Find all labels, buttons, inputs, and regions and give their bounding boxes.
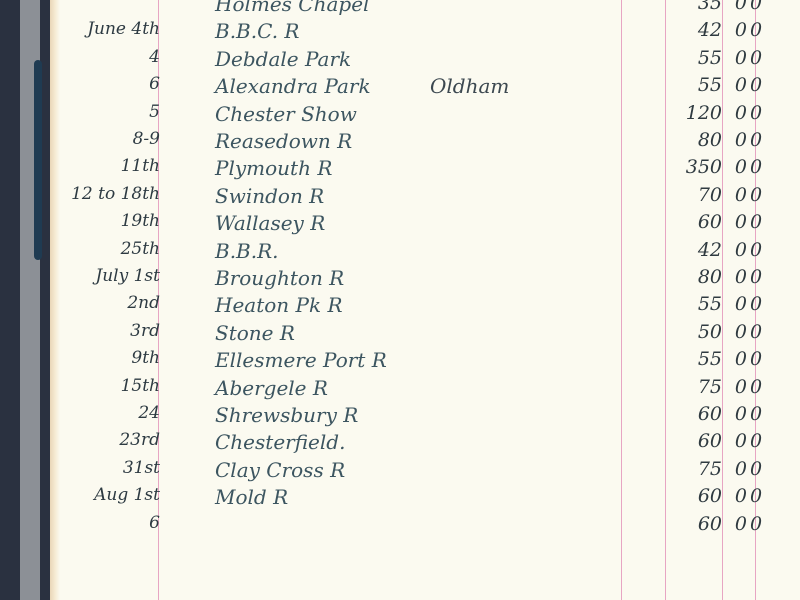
entry-date: Aug 1st bbox=[70, 485, 160, 505]
entry-place: Shrewsbury R bbox=[215, 403, 435, 427]
entry-amount-pence: 00 bbox=[728, 19, 772, 41]
entry-date: 25th bbox=[70, 239, 160, 259]
entry-place: Ellesmere Port R bbox=[215, 348, 435, 372]
ledger-row: 24Shrewsbury R6000 bbox=[0, 403, 800, 430]
ledger-row: 66000 bbox=[0, 513, 800, 540]
entry-date: 24 bbox=[70, 403, 160, 423]
entry-amount-pence: 00 bbox=[728, 184, 772, 206]
entry-date: 19th bbox=[70, 211, 160, 231]
ledger-row: Aug 1stMold R6000 bbox=[0, 485, 800, 512]
ledger-row: Holmes Chapel3500 bbox=[0, 0, 800, 19]
entry-amount-pounds: 35 bbox=[660, 0, 722, 14]
ledger-row: July 1stBroughton R8000 bbox=[0, 266, 800, 293]
ledger-row: 11thPlymouth R35000 bbox=[0, 156, 800, 183]
entry-place: Broughton R bbox=[215, 266, 435, 290]
entry-date: 12 to 18th bbox=[70, 184, 160, 204]
ledger-row: 31stClay Cross R7500 bbox=[0, 458, 800, 485]
entry-date: July 1st bbox=[70, 266, 160, 286]
entry-amount-pounds: 50 bbox=[660, 321, 722, 343]
entry-date: 15th bbox=[70, 376, 160, 396]
entry-amount-pence: 00 bbox=[728, 376, 772, 398]
entry-amount-pounds: 75 bbox=[660, 376, 722, 398]
entry-place: B.B.C. R bbox=[215, 19, 435, 43]
ledger-row: 8-9Reasedown R8000 bbox=[0, 129, 800, 156]
entry-amount-pounds: 70 bbox=[660, 184, 722, 206]
entry-date: 11th bbox=[70, 156, 160, 176]
entry-amount-pounds: 75 bbox=[660, 458, 722, 480]
entry-amount-pounds: 80 bbox=[660, 129, 722, 151]
entry-place: Alexandra Park bbox=[215, 74, 435, 98]
ledger-row: June 4thB.B.C. R4200 bbox=[0, 19, 800, 46]
entry-place: Holmes Chapel bbox=[215, 0, 435, 16]
ledger-row: 25thB.B.R.4200 bbox=[0, 239, 800, 266]
entry-note: Oldham bbox=[430, 74, 570, 98]
entry-place: Reasedown R bbox=[215, 129, 435, 153]
entry-place: Debdale Park bbox=[215, 47, 435, 71]
entry-place: Chester Show bbox=[215, 102, 435, 126]
entry-amount-pounds: 60 bbox=[660, 211, 722, 233]
entry-date: 31st bbox=[70, 458, 160, 478]
ledger-entries: Holmes Chapel3500June 4thB.B.C. R42004De… bbox=[0, 0, 800, 600]
entry-amount-pence: 00 bbox=[728, 513, 772, 535]
entry-amount-pounds: 350 bbox=[660, 156, 722, 178]
entry-amount-pounds: 42 bbox=[660, 239, 722, 261]
entry-amount-pounds: 120 bbox=[660, 102, 722, 124]
entry-amount-pence: 00 bbox=[728, 266, 772, 288]
entry-amount-pounds: 60 bbox=[660, 403, 722, 425]
entry-amount-pence: 00 bbox=[728, 211, 772, 233]
entry-date: 23rd bbox=[70, 430, 160, 450]
entry-amount-pence: 00 bbox=[728, 485, 772, 507]
entry-amount-pence: 00 bbox=[728, 430, 772, 452]
entry-place: Clay Cross R bbox=[215, 458, 435, 482]
ledger-row: 2ndHeaton Pk R5500 bbox=[0, 293, 800, 320]
entry-date: 4 bbox=[70, 47, 160, 67]
ledger-row: 3rdStone R5000 bbox=[0, 321, 800, 348]
entry-date: June 4th bbox=[70, 19, 160, 39]
ledger-row: 23rdChesterfield.6000 bbox=[0, 430, 800, 457]
ledger-row: 6Alexandra ParkOldham5500 bbox=[0, 74, 800, 101]
entry-place: Chesterfield. bbox=[215, 430, 435, 454]
entry-amount-pence: 00 bbox=[728, 458, 772, 480]
ledger-row: 9thEllesmere Port R5500 bbox=[0, 348, 800, 375]
entry-place: Stone R bbox=[215, 321, 435, 345]
entry-date: 3rd bbox=[70, 321, 160, 341]
ledger-row: 5Chester Show12000 bbox=[0, 102, 800, 129]
entry-place: Abergele R bbox=[215, 376, 435, 400]
entry-amount-pence: 00 bbox=[728, 129, 772, 151]
entry-amount-pounds: 60 bbox=[660, 485, 722, 507]
entry-amount-pounds: 55 bbox=[660, 348, 722, 370]
entry-amount-pence: 00 bbox=[728, 47, 772, 69]
entry-amount-pence: 00 bbox=[728, 156, 772, 178]
entry-amount-pounds: 42 bbox=[660, 19, 722, 41]
entry-amount-pence: 00 bbox=[728, 239, 772, 261]
ledger-row: 4Debdale Park5500 bbox=[0, 47, 800, 74]
entry-date: 8-9 bbox=[70, 129, 160, 149]
entry-date: 6 bbox=[70, 74, 160, 94]
entry-place: Wallasey R bbox=[215, 211, 435, 235]
entry-amount-pounds: 80 bbox=[660, 266, 722, 288]
entry-amount-pounds: 55 bbox=[660, 47, 722, 69]
entry-amount-pounds: 55 bbox=[660, 74, 722, 96]
entry-place: Mold R bbox=[215, 485, 435, 509]
entry-amount-pence: 00 bbox=[728, 348, 772, 370]
entry-amount-pounds: 55 bbox=[660, 293, 722, 315]
entry-date: 9th bbox=[70, 348, 160, 368]
entry-place: Plymouth R bbox=[215, 156, 435, 180]
entry-date: 6 bbox=[70, 513, 160, 533]
ledger-row: 19thWallasey R6000 bbox=[0, 211, 800, 238]
entry-amount-pence: 00 bbox=[728, 321, 772, 343]
entry-amount-pence: 00 bbox=[728, 74, 772, 96]
entry-date: 2nd bbox=[70, 293, 160, 313]
ledger-row: 15thAbergele R7500 bbox=[0, 376, 800, 403]
entry-amount-pence: 00 bbox=[728, 293, 772, 315]
entry-amount-pounds: 60 bbox=[660, 513, 722, 535]
entry-place: Swindon R bbox=[215, 184, 435, 208]
entry-date: 5 bbox=[70, 102, 160, 122]
entry-amount-pence: 00 bbox=[728, 403, 772, 425]
entry-amount-pence: 00 bbox=[728, 102, 772, 124]
entry-place: Heaton Pk R bbox=[215, 293, 435, 317]
ledger-row: 12 to 18thSwindon R7000 bbox=[0, 184, 800, 211]
entry-amount-pence: 00 bbox=[728, 0, 772, 14]
entry-place: B.B.R. bbox=[215, 239, 435, 263]
entry-amount-pounds: 60 bbox=[660, 430, 722, 452]
